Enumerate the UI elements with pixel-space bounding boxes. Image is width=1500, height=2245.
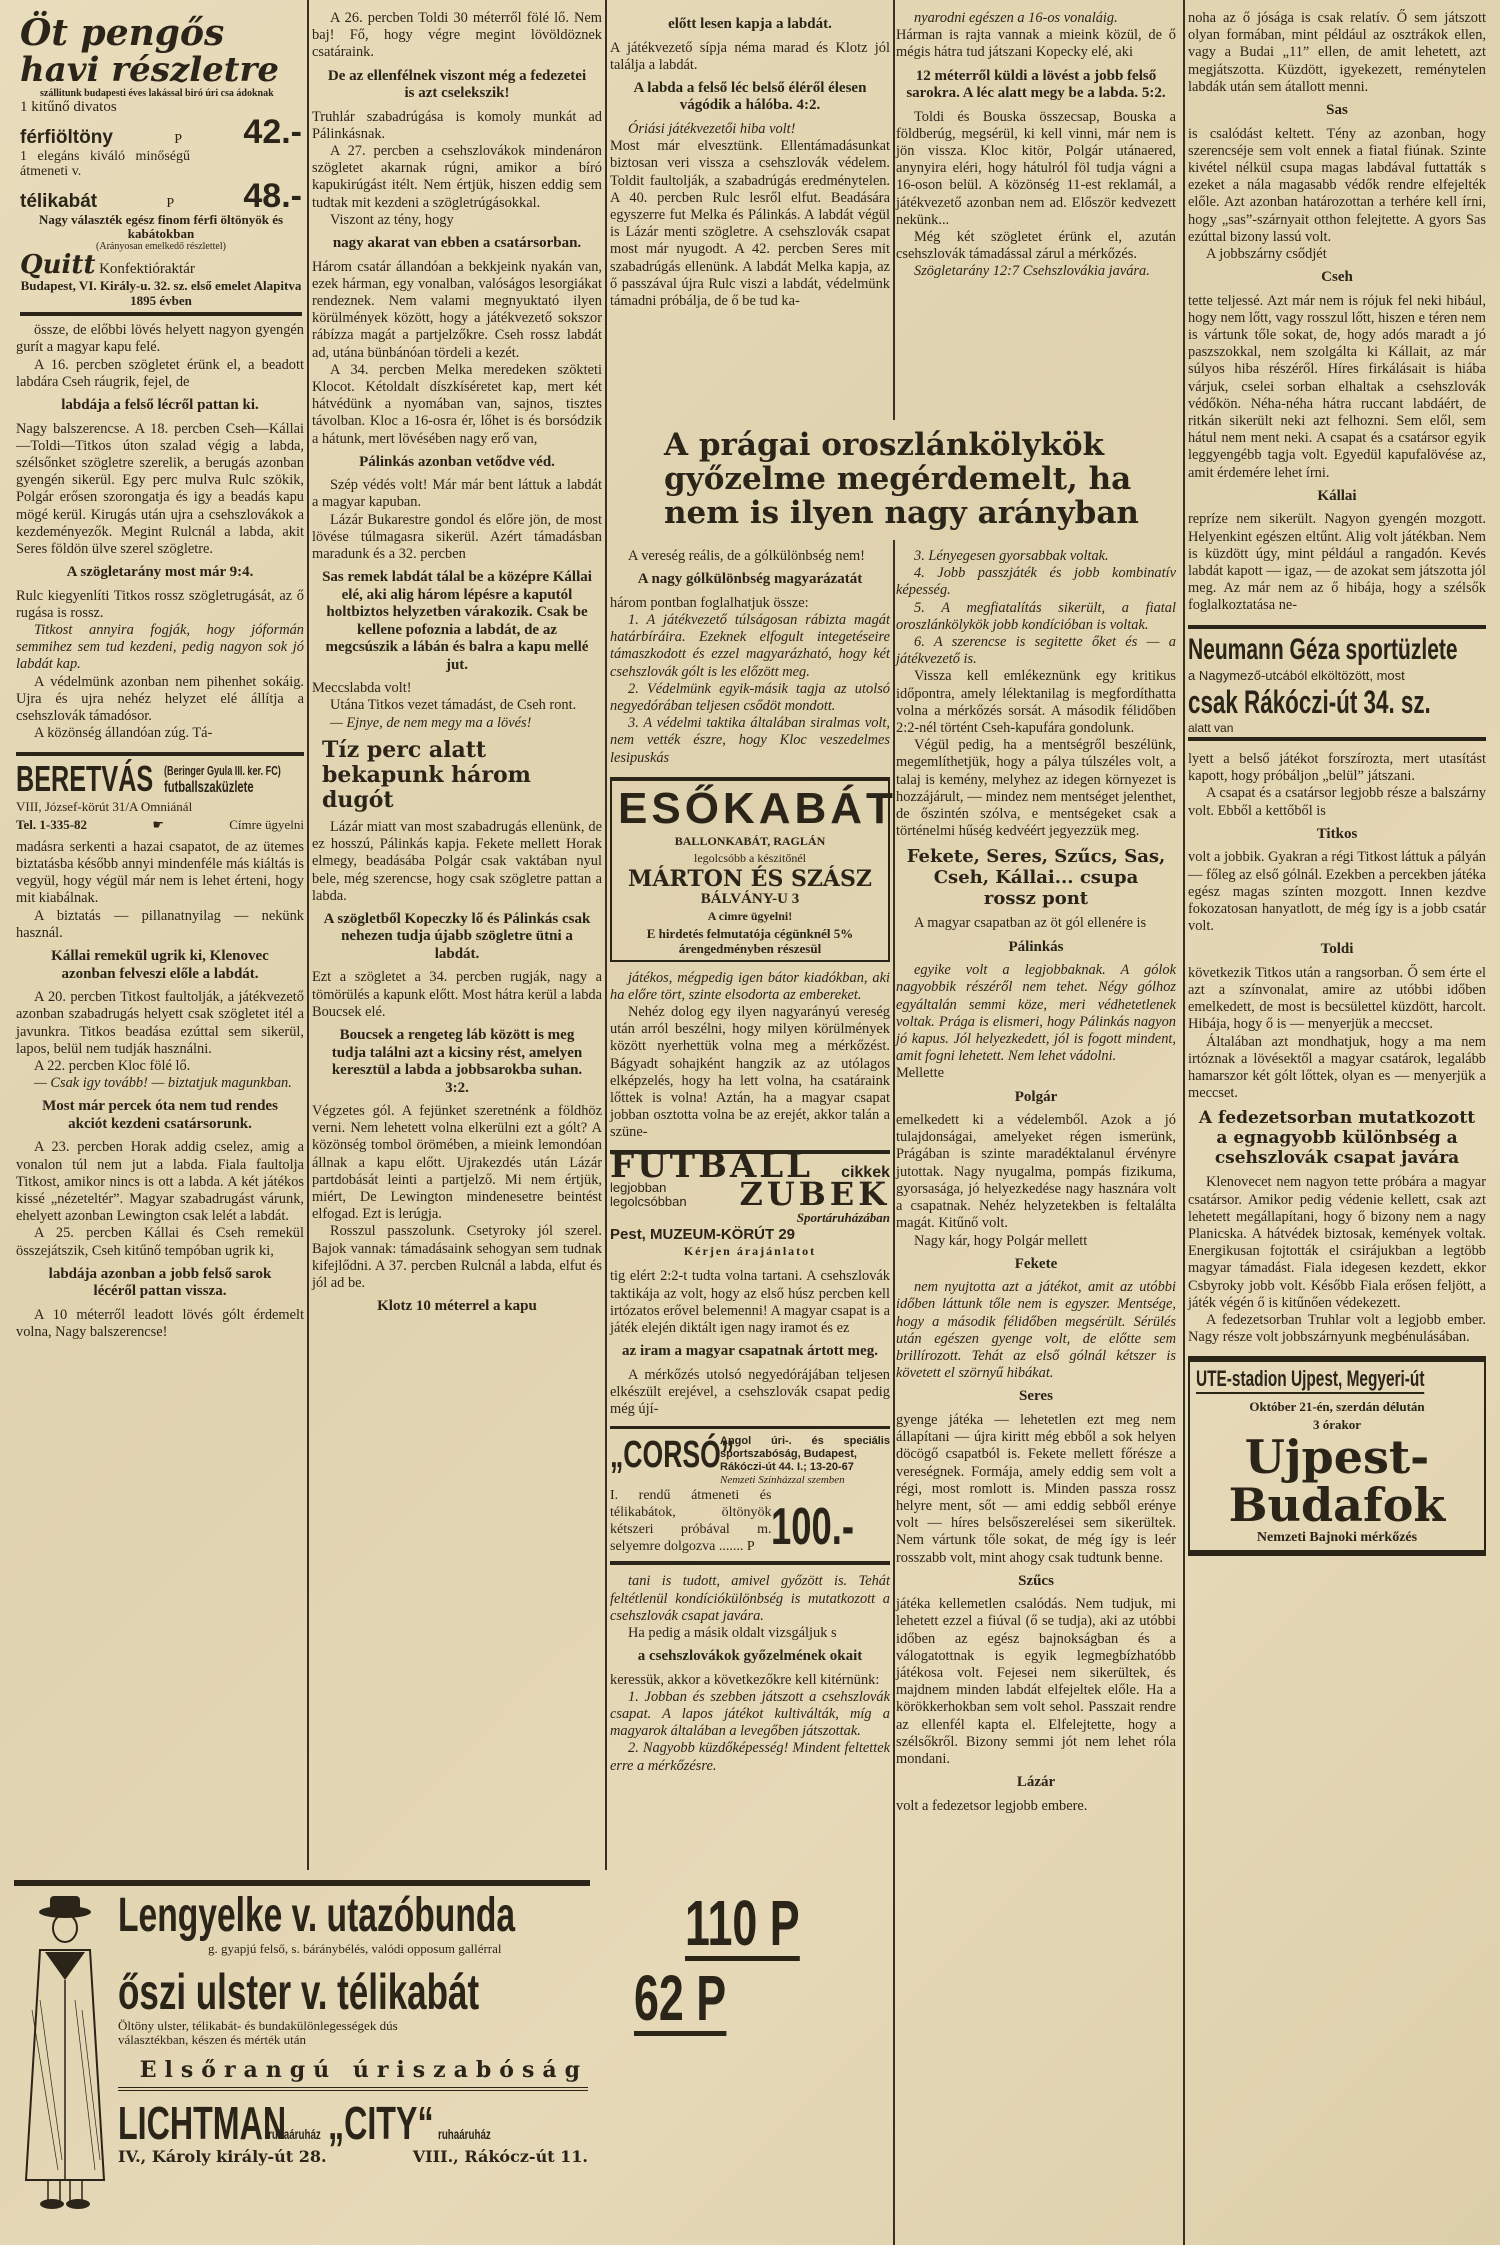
column-4: nyarodni egészen a 16-os vonaláig.Hárman… [896, 10, 1176, 281]
paragraph: keressük, akkor a következőkre kell kité… [610, 1672, 890, 1689]
quitt-currency-2: P [166, 195, 174, 212]
paragraph: 3. A védelmi taktika általában siralmas … [610, 715, 890, 767]
paragraph: A 27. percben a csehszlovákok mindenáron… [312, 143, 602, 212]
subhead: Polgár [906, 1089, 1166, 1107]
futball-ad: FUTBALL cikkek legjobban legolcsóbban ZU… [610, 1150, 890, 1261]
paragraph: Hárman is rajta vannak a mieink közül, d… [896, 27, 1176, 61]
paragraph: A 22. percben Kloc fölé lő. [16, 1058, 304, 1075]
column-5: noha az ő jósága is csak relatív. Ő sem … [1188, 10, 1486, 1556]
paragraph: Általában azt mondhatjuk, hogy a ma nem … [1188, 1034, 1486, 1103]
neumann-line1: a Nagymező-utcából elköltözött, most [1188, 667, 1486, 684]
paragraph: A magyar csapatban az öt gól ellenére is [896, 915, 1176, 932]
paragraph: Viszont az tény, hogy [312, 212, 602, 229]
paragraph: Szép védés volt! Már már bent láttuk a l… [312, 477, 602, 511]
column-2: A 26. percben Toldi 30 méterről fölé lő.… [312, 10, 602, 1322]
paragraph: játéka kellemetlen csalódás. Nem tudjuk,… [896, 1596, 1176, 1768]
beretvas-address: VIII, József-körút 31/A Omniánál [16, 799, 192, 814]
subhead: Pálinkás [906, 939, 1166, 957]
paragraph: Ha pedig a másik oldalt vizsgáljuk s [610, 1625, 890, 1642]
paragraph: Nagy kár, hogy Polgár mellett [896, 1233, 1176, 1250]
ute-venue: UTE-stadion Ujpest, Megyeri-út [1196, 1366, 1424, 1394]
paragraph: A mérkőzés utolsó negyedórájában teljese… [610, 1367, 890, 1419]
lichtman-item2: őszi ulster v. télikabát [118, 1965, 479, 2019]
lichtman-brand2-sub: ruhaáruház [438, 2126, 491, 2142]
paragraph: — Ejnye, de nem megy ma a lövés! [312, 715, 602, 732]
ute-match-2: Budafok [1196, 1481, 1478, 1529]
quitt-item1-price: 42.- [243, 115, 302, 149]
lichtman-addr2: VIII., Rákócz-út 11. [413, 2147, 588, 2166]
corso-brand: „CORSÓ” [610, 1435, 687, 1475]
subhead: Most már percek óta nem tud rendes akció… [26, 1098, 294, 1133]
column-1: Öt pengős havi részletre szállitunk buda… [16, 10, 304, 1341]
subhead: Titkos [1198, 826, 1476, 844]
paragraph: gyenge játéka — lehetetlen ezt meg nem á… [896, 1412, 1176, 1567]
paragraph: játékos, mégpedig igen bátor kiadókban, … [610, 970, 890, 1004]
esokabat-ad: ESŐKABÁT BALLONKABÁT, RAGLÁN legolcsóbb … [610, 777, 890, 962]
paragraph: Truhlár szabadrúgása is komoly munkát ad… [312, 109, 602, 143]
quitt-headline-1: Öt pengős [20, 14, 302, 52]
corso-line2: Rákóczi-út 44. I.; 13-20-67 [720, 1461, 890, 1474]
neumann-line3: alatt van [1188, 720, 1486, 741]
paragraph: A 25. percben Kállai és Cseh remekül öss… [16, 1225, 304, 1259]
column-divider [893, 0, 895, 420]
paragraph: repríze nem sikerült. Nagyon gyengén moz… [1188, 511, 1486, 614]
subhead: A labda a felső léc belső éléről élesen … [620, 80, 880, 115]
paragraph: Rulc kiegyenlíti Titkos rossz szögletrug… [16, 588, 304, 622]
beretvas-brand: BERETVÁS [16, 760, 114, 798]
paragraph: Rosszul passzolunk. Csetyroky jól szerel… [312, 1223, 602, 1292]
article-headline: A prágai oroszlánkölykök győzelme megérd… [664, 428, 1184, 530]
lichtman-brand2: „CITY“ [328, 2099, 405, 2147]
esokabat-address: BÁLVÁNY-U 3 [618, 891, 882, 908]
beretvas-sub2: futballszaküzlete [164, 779, 281, 796]
paragraph: 6. A szerencse is segitette őket és — a … [896, 634, 1176, 668]
column-3-lower: A vereség reális, de a gólkülönbség nem!… [610, 548, 890, 1775]
paragraph: A vereség reális, de a gólkülönbség nem! [610, 548, 890, 565]
beretvas-sub1: (Beringer Gyula III. ker. FC) [164, 762, 281, 779]
corso-price: 100.- [771, 1499, 854, 1555]
column-divider [1183, 0, 1185, 2245]
paragraph: Végül pedig, ha a mentségről beszélünk, … [896, 737, 1176, 840]
paragraph: következik Titkos után a rangsorban. Ő s… [1188, 965, 1486, 1034]
neumann-ad: Neumann Géza sportüzlete a Nagymező-utcá… [1188, 625, 1486, 741]
paragraph: noha az ő jósága is csak relatív. Ő sem … [1188, 10, 1486, 96]
subhead: A szögletarány most már 9:4. [26, 564, 294, 582]
paragraph: A 20. percben Titkost faultolják, a játé… [16, 989, 304, 1058]
quitt-address: Budapest, VI. Király-u. 32. sz. első eme… [20, 278, 302, 308]
corso-ad: „CORSÓ” Angol úri-. és speciális sportsz… [610, 1426, 890, 1565]
lichtman-tagline: Elsőrangú úriszabóság [118, 2057, 588, 2091]
lichtman-addr1: IV., Károly király-út 28. [118, 2147, 327, 2166]
article-col4: nyarodni egészen a 16-os vonaláig.Hárman… [896, 10, 1176, 281]
quitt-sub: szállitunk budapesti éves lakással biró … [20, 88, 302, 99]
beretvas-phone: Tel. 1-335-82 [16, 816, 87, 833]
paragraph: volt a jobbik. Gyakran a régi Titkost lá… [1188, 849, 1486, 935]
article-mid3b: játékos, mégpedig igen bátor kiadókban, … [610, 970, 890, 1142]
paragraph: — Csak igy tovább! — biztatjuk magunkban… [16, 1075, 304, 1092]
paragraph: 2. Védelmünk egyik-másik tagja az utolsó… [610, 681, 890, 715]
subhead: labdája azonban a jobb felső sarok lécér… [26, 1266, 294, 1301]
column-divider [307, 0, 309, 1870]
corso-desc: I. rendű átmeneti és télikabátok, öltöny… [610, 1487, 771, 1555]
paragraph: A 26. percben Toldi 30 méterről fölé lő.… [312, 10, 602, 62]
quitt-brand: Quitt [20, 250, 95, 280]
neumann-brand: Neumann Géza sportüzlete [1188, 633, 1458, 667]
subhead: A szögletből Kopeczky lő és Pálinkás csa… [322, 911, 592, 964]
quitt-item1: férfiöltöny [20, 129, 113, 146]
paragraph: madásra serkenti a hazai csapatot, de az… [16, 839, 304, 908]
paragraph: 3. Lényegesen gyorsabbak voltak. [896, 548, 1176, 565]
paragraph: Ezt a szögletet a 34. percben rugják, na… [312, 969, 602, 1021]
subhead: előtt lesen kapja a labdát. [620, 16, 880, 34]
column-4-lower: 3. Lényegesen gyorsabbak voltak.4. Jobb … [896, 548, 1176, 1815]
ad-rule [20, 312, 302, 316]
paragraph: A 34. percben Melka meredeken szökteti K… [312, 362, 602, 448]
paragraph: 1. Jobban és szebben játszott a csehszlo… [610, 1689, 890, 1741]
paragraph: tig elért 2:2-t tudta volna tartani. A c… [610, 1268, 890, 1337]
futball-pre1: legjobban [610, 1181, 687, 1195]
paragraph: Végzetes gól. A fejünket szeretnénk a fö… [312, 1103, 602, 1223]
article-col2: A 26. percben Toldi 30 méterről fölé lő.… [312, 10, 602, 732]
esokabat-offer: E hirdetés felmutatója cégünknél 5% áren… [618, 926, 882, 956]
paragraph: Toldi és Bouska összecsap, Bouska a föld… [896, 109, 1176, 229]
subhead: Seres [906, 1388, 1166, 1406]
paragraph: Három csatár állandóan a bekkjeink nyaká… [312, 259, 602, 362]
paragraph: Lázár miatt van most szabadrugás ellenün… [312, 819, 602, 905]
subhead: Kállai remekül ugrik ki, Klenovec azonba… [26, 948, 294, 983]
subhead: A nagy gólkülönbség magyarázatát [620, 571, 880, 589]
article-col5c: A fedezetsorban mutatkozott a egnagyobb … [1188, 1108, 1486, 1346]
paragraph: A csapat és a csatársor legjobb része a … [1188, 785, 1486, 819]
pointing-hand-icon: ☛ [152, 816, 164, 833]
subhead: Pálinkás azonban vetődve véd. [322, 454, 592, 472]
paragraph: 1. A játékvezető túlságosan rábizta magá… [610, 612, 890, 681]
paragraph: is csalódást keltett. Tény az azonban, h… [1188, 126, 1486, 246]
article-mid3c: tig elért 2:2-t tudta volna tartani. A c… [610, 1268, 890, 1418]
esokabat-note: A cimre ügyelni! [618, 908, 882, 925]
futball-pre2: legolcsóbban [610, 1195, 687, 1209]
ad-rule [610, 1561, 890, 1565]
subhead: Szűcs [906, 1573, 1166, 1591]
paragraph: A biztatás — pillanatnyilag — nekünk has… [16, 908, 304, 942]
lichtman-brand1: LICHTMAN [118, 2099, 223, 2147]
paragraph: Nagy balszerencse. A 18. percben Cseh—Ká… [16, 421, 304, 559]
subhead: Klotz 10 méterrel a kapu [322, 1298, 592, 1316]
paragraph: A játékvezető sípja néma marad és Klotz … [610, 40, 890, 74]
paragraph: Mellette [896, 1065, 1176, 1082]
lichtman-item1-price: 110 P [685, 1890, 800, 1961]
futball-brand: ZUBEK [739, 1186, 890, 1203]
paragraph: emelkedett ki a védelemből. Azok a jó tu… [896, 1112, 1176, 1232]
quitt-brand-sub: Konfektióraktár [99, 261, 195, 277]
beretvas-note: Címre ügyelni [229, 816, 304, 833]
ad-rule [14, 1880, 590, 1886]
paragraph: tani is tudott, amivel győzött is. Tehát… [610, 1573, 890, 1625]
paragraph: három pontban foglalhatjuk össze: [610, 595, 890, 612]
paragraph: A közönség állandóan zúg. Tá- [16, 725, 304, 742]
paragraph: össze, de előbbi lövés helyett nagyon gy… [16, 322, 304, 356]
subhead: Sas [1198, 102, 1476, 120]
paragraph: Klenovecet nem nagyon tette próbára a ma… [1188, 1174, 1486, 1312]
paragraph: Szögletarány 12:7 Csehszlovákia javára. [896, 263, 1176, 280]
section-headline: A fedezetsorban mutatkozott a egnagyobb … [1198, 1108, 1476, 1168]
subhead: Cseh [1198, 269, 1476, 287]
paragraph: nyarodni egészen a 16-os vonaláig. [896, 10, 1176, 27]
article-col1b: madásra serkenti a hazai csapatot, de az… [16, 839, 304, 1341]
futball-address: Pest, MUZEUM-KÖRÚT 29 [610, 1226, 890, 1243]
paragraph: egyike volt a legjobbaknak. A gólok nagy… [896, 962, 1176, 1065]
paragraph: Nehéz dolog egy ilyen nagyarányú vereség… [610, 1004, 890, 1142]
esokabat-brand: MÁRTON ÉS SZÁSZ [618, 867, 882, 891]
subhead: Boucsek a rengeteg láb között is meg tud… [322, 1027, 592, 1097]
article-col5b: lyett a belső játékot forszírozta, mert … [1188, 751, 1486, 1102]
esokabat-line2: legolcsóbb a készitőnél [618, 850, 882, 867]
subhead: De az ellenfélnek viszont még a fedezete… [322, 68, 592, 103]
paragraph: 5. A megfiatalítás sikerült, a fiatal or… [896, 600, 1176, 634]
article-col5: noha az ő jósága is csak relatív. Ő sem … [1188, 10, 1486, 615]
article-col1: össze, de előbbi lövés helyett nagyon gy… [16, 322, 304, 742]
lichtman-item1-desc: g. gyapjú felső, s. báránybélés, valódi … [118, 1942, 685, 1956]
lichtman-item1: Lengyelke v. utazóbunda [118, 1890, 515, 1942]
subhead: az iram a magyar csapatnak ártott meg. [620, 1343, 880, 1361]
subhead: Fekete [906, 1256, 1166, 1274]
paragraph: A fedezetsorban Truhlar volt a legjobb e… [1188, 1312, 1486, 1346]
neumann-line2: csak Rákóczi-út 34. sz. [1188, 684, 1431, 720]
quitt-ad: Öt pengős havi részletre szállitunk buda… [16, 10, 304, 322]
column-3: előtt lesen kapja a labdát.A játékvezető… [610, 10, 890, 310]
newspaper-page: Öt pengős havi részletre szállitunk buda… [0, 0, 1500, 2245]
paragraph: A 16. percben szögletet érünk el, a bead… [16, 357, 304, 391]
article-col3: előtt lesen kapja a labdát.A játékvezető… [610, 16, 890, 310]
article-lower4: 3. Lényegesen gyorsabbak voltak.4. Jobb … [896, 548, 1176, 1815]
article-col2b: Tíz perc alatt bekapunk három dugótLázár… [312, 738, 602, 1316]
quitt-tag1: Nagy választék egész finom férfi öltönyö… [20, 213, 302, 241]
paragraph: 4. Jobb passzjáték és jobb kombinatív ké… [896, 565, 1176, 599]
esokabat-title: ESŐKABÁT [618, 785, 882, 833]
subhead: Lázár [906, 1774, 1166, 1792]
quitt-currency: P [174, 131, 182, 148]
paragraph: nem nyujtotta azt a játékot, amit az utó… [896, 1279, 1176, 1382]
section-headline: Tíz perc alatt bekapunk három dugót [322, 738, 592, 813]
paragraph: Lázár Bukarestre gondol és előre jön, de… [312, 512, 602, 564]
beretvas-ad: BERETVÁS (Beringer Gyula III. ker. FC) f… [16, 752, 304, 832]
paragraph: lyett a belső játékot forszírozta, mert … [1188, 751, 1486, 785]
paragraph: Most már elvesztünk. Ellentámadásunkat b… [610, 138, 890, 310]
lichtman-item2-desc: Öltöny ulster, télikabát- és bundakülönl… [118, 2019, 408, 2047]
paragraph: volt a fedezetsor legjobb embere. [896, 1798, 1176, 1815]
paragraph: Utána Titkos vezet támadást, de Cseh ron… [312, 697, 602, 714]
article-lower3: A vereség reális, de a gólkülönbség nem!… [610, 548, 890, 767]
lichtman-item2-price: 62 P [634, 1965, 726, 2036]
futball-note: Kérjen árajánlatot [610, 1243, 890, 1260]
lichtman-ad: Lengyelke v. utazóbunda g. gyapjú felső,… [118, 1890, 588, 2166]
paragraph: A védelmünk azonban nem pihenhet sokáig.… [16, 674, 304, 726]
ute-date: Október 21-én, szerdán délután [1196, 1398, 1478, 1415]
section-headline: Fekete, Seres, Szűcs, Sas, Cseh, Kállai.… [906, 846, 1166, 909]
quitt-item2-price: 48.- [243, 179, 302, 213]
corso-line3: Nemzeti Színházzal szemben [720, 1474, 890, 1487]
subhead: 12 méterről küldi a lövést a jobb felső … [906, 68, 1166, 103]
subhead: Kállai [1198, 488, 1476, 506]
ute-match-1: Ujpest- [1196, 1433, 1478, 1481]
ute-ad: UTE-stadion Ujpest, Megyeri-út Október 2… [1188, 1356, 1486, 1556]
paragraph: 2. Nagyobb küzdőképesség! Mindent feltet… [610, 1740, 890, 1774]
paragraph: Meccslabda volt! [312, 680, 602, 697]
subhead: Toldi [1198, 941, 1476, 959]
subhead: a csehszlovákok győzelmének okait [620, 1648, 880, 1666]
lichtman-brand1-sub: ruhaáruház [268, 2126, 310, 2142]
paragraph: Óriási játékvezetői hiba volt! [610, 121, 890, 138]
article-mid3d: tani is tudott, amivel győzött is. Tehát… [610, 1573, 890, 1775]
quitt-headline-2: havi részletre [20, 52, 302, 88]
column-divider [605, 0, 607, 1870]
man-in-coat-illustration [20, 1890, 110, 2210]
paragraph: A 10 méterről leadott lövés gólt érdemel… [16, 1307, 304, 1341]
esokabat-line1: BALLONKABÁT, RAGLÁN [618, 833, 882, 850]
paragraph: A 23. percben Horak addig cselez, amig a… [16, 1139, 304, 1225]
quitt-item2-pre: 1 elegáns kiváló minőségű átmeneti v. [20, 149, 190, 179]
paragraph: tette teljessé. Azt már nem is rójuk fel… [1188, 293, 1486, 482]
futball-title: FUTBALL [610, 1158, 813, 1175]
paragraph: Vissza kell emlékeznünk egy kritikus idő… [896, 668, 1176, 737]
paragraph: Még két szögletet érünk el, azután csehs… [896, 229, 1176, 263]
subhead: labdája a felső lécről pattan ki. [26, 397, 294, 415]
paragraph: A jobbszárny csődjét [1188, 246, 1486, 263]
paragraph: Titkost annyira fogják, hogy jóformán se… [16, 622, 304, 674]
subhead: nagy akarat van ebben a csatársorban. [322, 235, 592, 253]
subhead: Sas remek labdát tálal be a középre Káll… [322, 569, 592, 674]
corso-line1: Angol úri-. és speciális sportszabóság, … [720, 1435, 890, 1461]
quitt-item2: télikabát [20, 193, 97, 210]
